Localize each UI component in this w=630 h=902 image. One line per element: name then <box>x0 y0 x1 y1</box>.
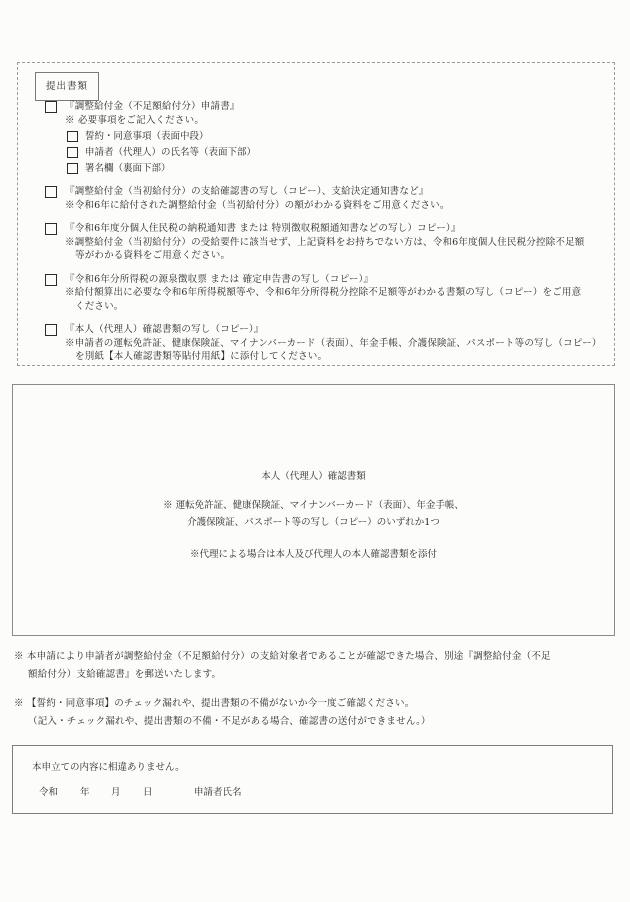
checkbox-application-form[interactable] <box>45 101 57 113</box>
document-checklist: 『調整給付金（不足額給付分）申請書』 ※ 必要事項をご記入ください。 誓約・同意… <box>18 100 614 374</box>
declaration-box: 本申立ての内容に相違ありません。 令和 年 月 日 申請者氏名 <box>12 745 613 814</box>
item-title: 『令和6年分所得税の源泉徴収票 または 確定申告書の写し（コピー）』 <box>65 273 373 287</box>
section-title-box: 提出書類 <box>35 72 99 101</box>
item-note: ※ 必要事項をご記入ください。 <box>65 114 614 128</box>
section-title: 提出書類 <box>46 80 88 94</box>
checkbox-identity-document-copy[interactable] <box>45 324 57 336</box>
checkbox-withholding-slip[interactable] <box>45 274 57 286</box>
footer-note-line: （記入・チェック漏れや、提出書類の不備・不足がある場合、確認書の送付ができません… <box>28 715 616 729</box>
date-month-label: 月 <box>111 786 121 800</box>
date-year-label: 年 <box>80 786 90 800</box>
footer-note-mailing: ※ 本申請により申請者が調整給付金（不足額給付分）の支給対象者であることが確認で… <box>14 650 616 681</box>
sub-item-pledge: 誓約・同意事項（表面中段） <box>67 130 614 144</box>
date-era-label: 令和 <box>39 786 58 800</box>
checklist-item-resident-tax-notice: 『令和6年度分個人住民税の納税通知書 または 特別徴収税額通知書などの写し）コピ… <box>18 222 614 263</box>
item-note: ※令和6年に給付された調整給付金（当初給付分）の額がわかる資料をご用意ください。 <box>65 199 614 213</box>
identity-confirmation-box: 本人（代理人）確認書類 ※ 運転免許証、健康保険証、マイナンバーカード（表面）、… <box>12 384 615 636</box>
item-note: ※調整給付金（当初給付分）の受給要件に該当せず、上記資料をお持ちでない方は、令和… <box>65 236 614 250</box>
checkbox-applicant-name[interactable] <box>67 147 78 158</box>
applicant-name-label: 申請者氏名 <box>194 786 242 800</box>
id-box-note-line1: ※ 運転免許証、健康保険証、マイナンバーカード（表面）、年金手帳、 <box>13 499 614 513</box>
item-title: 『調整給付金（当初給付分）の支給確認書の写し（コピー）、支給決定通知書など』 <box>65 185 428 199</box>
id-box-note-line2: 介護保険証、パスポート等の写し（コピー）のいずれか1つ <box>13 516 614 530</box>
checklist-item-payment-confirmation-copy: 『調整給付金（当初給付分）の支給確認書の写し（コピー）、支給決定通知書など』 ※… <box>18 185 614 212</box>
sub-item-label: 署名欄（裏面下部） <box>85 162 171 176</box>
checklist-item-withholding-slip: 『令和6年分所得税の源泉徴収票 または 確定申告書の写し（コピー）』 ※給付額算… <box>18 273 614 314</box>
footer-note-line: ※ 【誓約・同意事項】のチェック漏れや、提出書類の不備がないか今一度ご確認くださ… <box>14 697 616 711</box>
sub-item-label: 申請者（代理人）の氏名等（表面下部） <box>85 146 256 160</box>
item-note-continued: を別紙【本人確認書類等貼付用紙】に添付してください。 <box>75 350 614 364</box>
item-title: 『本人（代理人）確認書類の写し（コピー）』 <box>65 323 264 337</box>
item-title: 『令和6年度分個人住民税の納税通知書 または 特別徴収税額通知書などの写し）コピ… <box>65 222 461 236</box>
date-day-label: 日 <box>143 786 153 800</box>
sub-item-signature: 署名欄（裏面下部） <box>67 162 614 176</box>
item-title: 『調整給付金（不足額給付分）申請書』 <box>65 100 240 114</box>
checkbox-signature-field[interactable] <box>67 163 78 174</box>
footer-note-line: 額給付分）支給確認書』を郵送いたします。 <box>28 668 616 682</box>
sub-item-applicant-name: 申請者（代理人）の氏名等（表面下部） <box>67 146 614 160</box>
checkbox-payment-confirmation-copy[interactable] <box>45 186 57 198</box>
declaration-statement: 本申立ての内容に相違ありません。 <box>32 761 185 775</box>
item-note-continued: 等がわかる資料をご用意ください。 <box>75 249 614 263</box>
checklist-item-application-form: 『調整給付金（不足額給付分）申請書』 ※ 必要事項をご記入ください。 誓約・同意… <box>18 100 614 175</box>
item-note-continued: ください。 <box>75 300 614 314</box>
declaration-date-row: 令和 年 月 日 申請者氏名 <box>13 786 612 800</box>
footer-note-line: ※ 本申請により申請者が調整給付金（不足額給付分）の支給対象者であることが確認で… <box>14 650 616 664</box>
scanned-application-form-page: 提出書類 『調整給付金（不足額給付分）申請書』 ※ 必要事項をご記入ください。 … <box>0 0 630 902</box>
sub-item-label: 誓約・同意事項（表面中段） <box>85 130 209 144</box>
item-note: ※申請者の運転免許証、健康保険証、マイナンバーカード（表面）、年金手帳、介護保険… <box>65 337 614 351</box>
checklist-item-identity-document-copy: 『本人（代理人）確認書類の写し（コピー）』 ※申請者の運転免許証、健康保険証、マ… <box>18 323 614 364</box>
checkbox-resident-tax-notice[interactable] <box>45 223 57 235</box>
item-note: ※給付額算出に必要な令和6年所得税額等や、令和6年分所得税分控除不足額等がわかる… <box>65 286 614 300</box>
submit-documents-section: 提出書類 『調整給付金（不足額給付分）申請書』 ※ 必要事項をご記入ください。 … <box>17 62 615 366</box>
id-box-title: 本人（代理人）確認書類 <box>13 470 614 484</box>
checkbox-pledge-consent[interactable] <box>67 131 78 142</box>
footer-note-recheck: ※ 【誓約・同意事項】のチェック漏れや、提出書類の不備がないか今一度ご確認くださ… <box>14 697 616 728</box>
id-box-proxy-note: ※代理による場合は本人及び代理人の本人確認書類を添付 <box>13 548 614 562</box>
